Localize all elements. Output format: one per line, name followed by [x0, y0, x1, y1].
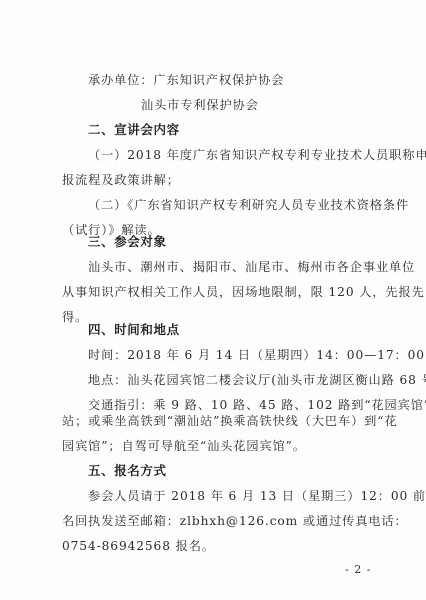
section-heading-registration: 五、报名方式 [88, 463, 167, 479]
paragraph-line: 得。 [62, 309, 88, 325]
paragraph-line: 地点：汕头花园宾馆二楼会议厅(汕头市龙湖区衡山路 68 号)； [88, 372, 426, 388]
page-number: - 2 - [345, 563, 371, 576]
paragraph-line: （一）2018 年度广东省知识产权专利专业技术人员职称申 [88, 147, 426, 163]
paragraph-line: 参会人员请于 2018 年 6 月 13 日（星期三）12：00 前将报 [88, 488, 426, 504]
paragraph-line: （二）《广东省知识产权专利研究人员专业技术资格条件 [88, 197, 409, 213]
organizer-line-2: 汕头市专利保护协会 [141, 97, 259, 113]
paragraph-line: 从事知识产权相关工作人员，因场地限制，限 120 人，先报先 [62, 284, 425, 300]
paragraph-line: 汕头市、潮州市、揭阳市、汕尾市、梅州市各企事业单位 [88, 259, 415, 275]
paragraph-line: 报流程及政策讲解； [62, 172, 180, 188]
paragraph-line: 站；或乘坐高铁到“潮汕站”换乘高铁快线（大巴车）到“花 [62, 413, 398, 429]
section-heading-content: 二、宣讲会内容 [88, 122, 180, 138]
paragraph-line: 0754-86942568 报名。 [62, 538, 215, 554]
organizer-line-1: 承办单位：广东知识产权保护协会 [88, 72, 284, 88]
paragraph-line: 名回执发送至邮箱：zlbhxh@126.com 或通过传真电话： [62, 513, 408, 529]
document-page: 承办单位：广东知识产权保护协会 汕头市专利保护协会 二、宣讲会内容 （一）201… [0, 0, 426, 600]
paragraph-line: 园宾馆”；自驾可导航至“汕头花园宾馆”。 [62, 438, 306, 454]
paragraph-line: 交通指引：乘 9 路、10 路、45 路、102 路到“花园宾馆” [88, 397, 426, 413]
section-heading-attendees: 三、参会对象 [88, 234, 167, 250]
section-heading-time-place: 四、时间和地点 [88, 322, 180, 338]
paragraph-line: 时间：2018 年 6 月 14 日（星期四）14：00—17：00； [88, 347, 426, 363]
